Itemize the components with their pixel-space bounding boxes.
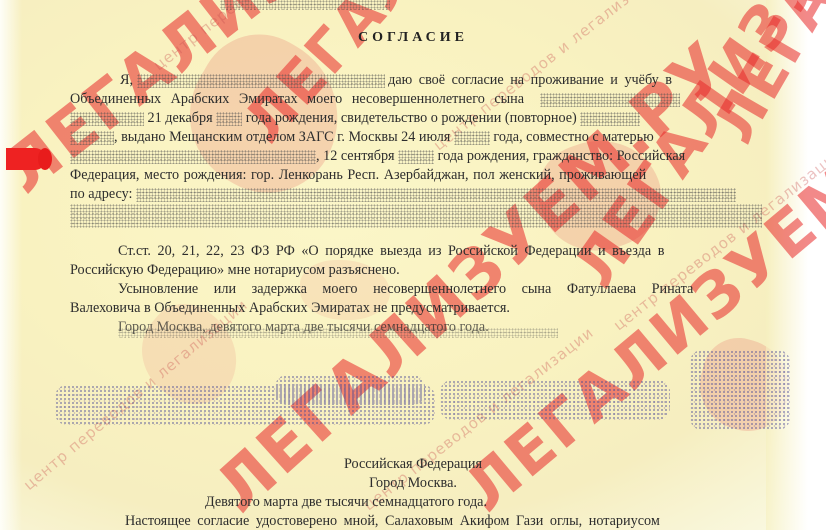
redacted-name (137, 74, 385, 88)
redacted-mother-name (70, 150, 316, 164)
paper-edge-left (0, 0, 22, 530)
text: Объединенных Арабских Эмиратах моего нес… (70, 91, 524, 107)
redacted-year (398, 150, 434, 164)
paragraph-1-line-4: , выдано Мещанским отделом ЗАГС г. Москв… (70, 129, 654, 146)
redacted-child-name (540, 93, 680, 107)
text: года рождения, свидетельство о рождении … (246, 110, 577, 126)
redacted-certificate (580, 112, 640, 126)
certification-notary: Настоящее согласие удостоверено мной, Са… (125, 513, 660, 530)
redacted-address (136, 188, 736, 202)
paragraph-1-line-7: по адресу: (70, 186, 736, 203)
text: года, совместно с матерью (493, 129, 653, 145)
text: по адресу: (70, 186, 132, 202)
paragraph-1-line-1: Я, даю своё согласие на проживание и учё… (70, 72, 762, 89)
redacted-signature (275, 375, 425, 405)
document-title: СОГЛАСИЕ (0, 30, 826, 46)
paragraph-1-line-2: Объединенных Арабских Эмиратах моего нес… (70, 91, 680, 108)
redacted-signature-line (118, 328, 558, 338)
text: года рождения, гражданство: Российская (438, 148, 686, 164)
text: даю своё согласие на проживание и учёбу … (388, 72, 672, 88)
text: Я, (120, 72, 133, 88)
redacted-header (220, 0, 390, 10)
redacted-child-name (70, 112, 144, 126)
redacted-address (70, 204, 762, 228)
paragraph-2-line-1: Ст.ст. 20, 21, 22, 23 ФЗ РФ «О порядке в… (118, 243, 664, 260)
certification-country: Российская Федерация (0, 456, 826, 473)
text: Российскую Федерацию» мне нотариусом раз… (70, 262, 400, 278)
text: , выдано Мещанским отделом ЗАГС г. Москв… (114, 129, 450, 145)
paragraph-2-line-2: Российскую Федерацию» мне нотариусом раз… (70, 262, 400, 279)
redacted-signature (440, 380, 670, 420)
certification-city: Город Москва. (0, 475, 826, 492)
text: , 12 сентября (316, 148, 395, 164)
text: Ст.ст. 20, 21, 22, 23 ФЗ РФ «О порядке в… (118, 243, 664, 259)
certification-date: Девятого марта две тысячи семнадцатого г… (205, 494, 487, 511)
paragraph-1-line-5: , 12 сентября года рождения, гражданство… (70, 148, 685, 165)
text: 21 декабря (148, 110, 213, 126)
paragraph-1-line-6: Федерация, место рождения: гор. Ленкоран… (70, 167, 646, 184)
text: Федерация, место рождения: гор. Ленкоран… (70, 167, 646, 183)
paragraph-3-line-2: Валеховича в Объединенных Арабских Эмира… (70, 300, 510, 317)
text: Валеховича в Объединенных Арабских Эмира… (70, 300, 510, 316)
paragraph-1-line-3: 21 декабря года рождения, свидетельство … (70, 110, 640, 127)
bookmark-tab[interactable] (6, 148, 46, 170)
paragraph-3-line-1: Усыновление или задержка моего несоверше… (118, 281, 693, 298)
text: Усыновление или задержка моего несоверше… (118, 281, 693, 297)
redacted-year (454, 131, 490, 145)
redacted-signature (690, 350, 790, 430)
redacted-year (216, 112, 242, 126)
redacted-certificate-number (70, 131, 114, 145)
